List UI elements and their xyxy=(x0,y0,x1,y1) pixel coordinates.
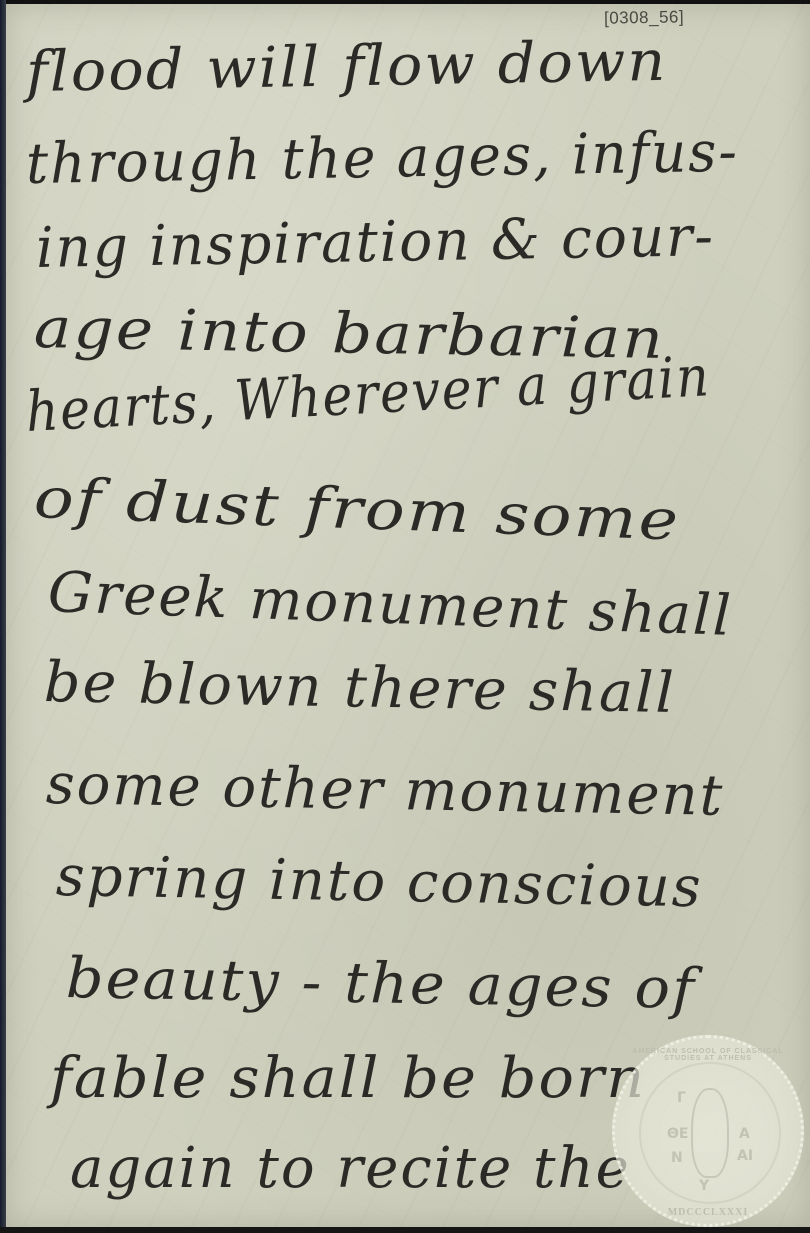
embossed-seal: AMERICAN SCHOOL OF CLASSICAL STUDIES AT … xyxy=(612,1035,804,1227)
scan-bottom-border xyxy=(0,1227,810,1233)
seal-circular-text: AMERICAN SCHOOL OF CLASSICAL STUDIES AT … xyxy=(615,1048,801,1062)
text-line-1: flood will flow down xyxy=(25,29,667,105)
seal-greek-letter: Γ xyxy=(677,1090,686,1106)
seal-greek-letter: Υ xyxy=(699,1178,709,1194)
seal-greek-letter: Ν xyxy=(671,1150,683,1166)
text-line-7: Greek monument shall xyxy=(47,560,734,649)
seal-greek-letter: ΘΕ xyxy=(667,1126,688,1142)
text-line-11: beauty - the ages of xyxy=(65,946,696,1022)
seal-greek-letter: Α xyxy=(739,1126,750,1142)
text-line-10: spring into conscious xyxy=(55,844,703,920)
text-line-6: of dust from some xyxy=(33,466,682,554)
text-line-3: ing inspiration & cour- xyxy=(35,204,715,281)
seal-year: MDCCCLXXXI xyxy=(615,1207,801,1218)
text-line-8: be blown there shall xyxy=(43,650,676,726)
archive-id-label: [0308_56] xyxy=(604,7,684,28)
text-line-13: again to recite the xyxy=(70,1136,631,1201)
seal-greek-letter: ΑΙ xyxy=(737,1148,753,1164)
amphora-icon xyxy=(691,1088,729,1178)
text-line-12: fable shall be born xyxy=(50,1046,646,1111)
text-line-9: some other monument xyxy=(45,752,724,829)
text-line-2: through the ages, infus- xyxy=(25,120,739,197)
